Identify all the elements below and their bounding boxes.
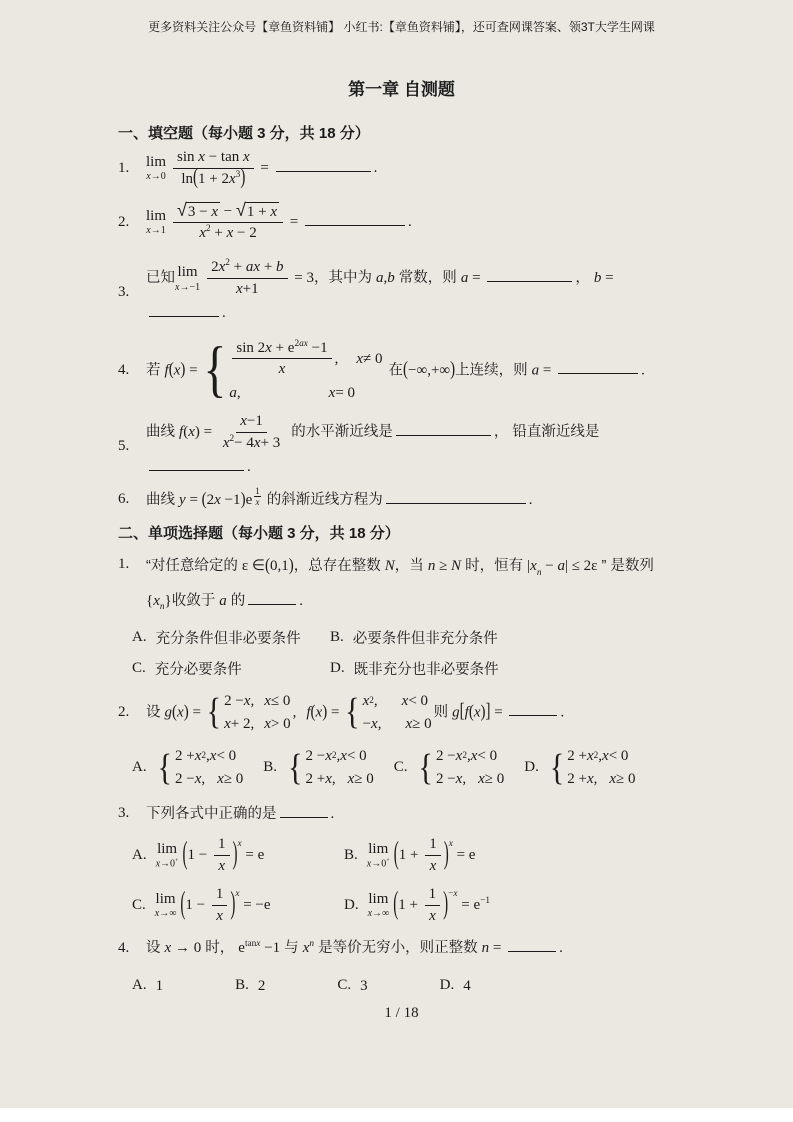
option: C.充分必要条件 — [132, 658, 330, 679]
question: 1.limx→0sin x − tan xln(1 + 2x3) = . — [118, 147, 685, 189]
question-body: 已知limx→−12x2 + ax + bx+1 = 3，其中为 a,b 常数，… — [146, 257, 685, 328]
question-number: 2. — [118, 214, 146, 231]
answer-blank — [149, 457, 244, 471]
question: 4.若 f(x) = {sin 2x + e2ax −1x,x ≠ 0a,x =… — [118, 338, 685, 403]
option: C.3 — [337, 977, 367, 995]
option-body: {2 + x2, x < 02 − x,x ≥ 0 — [156, 746, 246, 790]
option: B.{2 − x2, x < 02 + x,x ≥ 0 — [263, 746, 375, 790]
options-group: A.1B.2C.3D.4 — [132, 977, 685, 995]
answer-blank — [558, 360, 638, 374]
question-body: 设 g(x) = {2 − x,x ≤ 0x + 2,x > 0,f(x) = … — [146, 691, 685, 735]
question-number: 6. — [118, 491, 146, 508]
option-label: C. — [394, 759, 408, 776]
option: A.充分条件但非必要条件 — [132, 627, 330, 648]
option-body: {2 − x2, x < 02 − x,x ≥ 0 — [417, 746, 507, 790]
answer-blank — [248, 591, 296, 605]
option: D.既非充分也非必要条件 — [330, 658, 685, 679]
page-content: 更多资料关注公众号【章鱼资料铺】 小红书:【章鱼资料铺】，还可查网课答案、领3T… — [0, 0, 793, 1022]
section: 二、单项选择题（每小题 3 分，共 18 分）1.“对任意给定的 ε ∈(0,1… — [118, 522, 685, 994]
document-page: { "colors": { "page_bg": "#ebe8e2", "tex… — [0, 0, 793, 1122]
section-heading: 二、单项选择题（每小题 3 分，共 18 分） — [118, 522, 685, 543]
question: 4.设 x → 0 时， etanx −1 与 xn 是等价无穷小，则正整数 n… — [118, 934, 685, 963]
option-label: A. — [132, 847, 147, 864]
question-body: limx→0sin x − tan xln(1 + 2x3) = . — [146, 147, 685, 189]
option-body: 1 — [156, 977, 164, 995]
question-number: 1. — [118, 160, 146, 177]
option: D.4 — [440, 977, 471, 995]
question-number: 3. — [118, 284, 146, 301]
radical: √3 − x — [177, 201, 220, 222]
question-body: 下列各式中正确的是. — [146, 800, 685, 829]
option-body: 3 — [360, 977, 368, 995]
option-label: D. — [440, 977, 455, 994]
option-body: 2 — [258, 977, 266, 995]
question-number: 1. — [118, 549, 146, 573]
option-body: limx→∞(1 + 1x)−x = e−1 — [368, 884, 490, 926]
question-body: 曲线 y = (2x −1)e1x 的斜渐近线方程为. — [146, 486, 685, 515]
page-title: 第一章 自测题 — [118, 75, 685, 100]
option: D.{2 + x2, x < 02 + x,x ≥ 0 — [524, 746, 637, 790]
option-label: D. — [524, 759, 539, 776]
option-body: 充分必要条件 — [155, 658, 242, 679]
option: B.必要条件但非充分条件 — [330, 627, 685, 648]
question: 2.设 g(x) = {2 − x,x ≤ 0x + 2,x > 0,f(x) … — [118, 691, 685, 735]
option: B.limx→0+(1 + 1x)x = e — [344, 834, 685, 876]
answer-blank — [149, 303, 219, 317]
question: 3.下列各式中正确的是. — [118, 800, 685, 829]
option-body: 充分条件但非必要条件 — [156, 627, 301, 648]
option-body: 必要条件但非充分条件 — [353, 627, 498, 648]
question-body: 若 f(x) = {sin 2x + e2ax −1x,x ≠ 0a,x = 0… — [146, 338, 685, 403]
option-label: C. — [337, 977, 351, 994]
option-label: B. — [263, 759, 277, 776]
option-label: A. — [132, 629, 147, 646]
option: C.{2 − x2, x < 02 − x,x ≥ 0 — [394, 746, 506, 790]
answer-blank — [386, 490, 526, 504]
question: 5.曲线 f(x) = x−1x2− 4x+ 3 的水平渐近线是， 铅直渐近线是… — [118, 411, 685, 482]
question-number: 2. — [118, 704, 146, 721]
question: 6.曲线 y = (2x −1)e1x 的斜渐近线方程为. — [118, 486, 685, 515]
option-body: 4 — [463, 977, 471, 995]
option-label: B. — [235, 977, 249, 994]
section-heading: 一、填空题（每小题 3 分，共 18 分） — [118, 122, 685, 143]
question: 1.“对任意给定的 ε ∈(0,1)，总存在整数 N，当 n ≥ N 时，恒有 … — [118, 549, 685, 618]
options-group: A.充分条件但非必要条件B.必要条件但非充分条件C.充分必要条件D.既非充分也非… — [132, 627, 685, 679]
option-body: limx→0+(1 + 1x)x = e — [367, 834, 476, 876]
question-body: 曲线 f(x) = x−1x2− 4x+ 3 的水平渐近线是， 铅直渐近线是. — [146, 411, 685, 482]
question-body: “对任意给定的 ε ∈(0,1)，总存在整数 N，当 n ≥ N 时，恒有 |x… — [146, 549, 685, 618]
answer-blank — [508, 938, 556, 952]
option-label: D. — [330, 660, 345, 677]
option-label: B. — [344, 847, 358, 864]
option-label: B. — [330, 629, 344, 646]
option: C.limx→∞(1 − 1x)x = −e — [132, 884, 344, 926]
answer-blank — [276, 158, 371, 172]
answer-blank — [396, 422, 491, 436]
sections-container: 一、填空题（每小题 3 分，共 18 分）1.limx→0sin x − tan… — [118, 122, 685, 995]
question-body: limx→1√3 − x − √1 + xx2 + x − 2 = . — [146, 201, 685, 243]
page-bottom-strip — [0, 1108, 793, 1122]
option: A.limx→0+(1 − 1x)x = e — [132, 834, 344, 876]
page-number: 1 / 18 — [118, 1005, 685, 1022]
option-body: {2 + x2, x < 02 + x,x ≥ 0 — [548, 746, 638, 790]
option-label: C. — [132, 897, 146, 914]
option-label: C. — [132, 660, 146, 677]
answer-blank — [305, 212, 405, 226]
option-label: D. — [344, 897, 359, 914]
option-body: {2 − x2, x < 02 + x,x ≥ 0 — [286, 746, 376, 790]
option: D.limx→∞(1 + 1x)−x = e−1 — [344, 884, 685, 926]
option-label: A. — [132, 759, 147, 776]
option: A.1 — [132, 977, 163, 995]
options-group: A.{2 + x2, x < 02 − x,x ≥ 0B.{2 − x2, x … — [132, 746, 685, 790]
answer-blank — [487, 268, 572, 282]
question: 3.已知limx→−12x2 + ax + bx+1 = 3，其中为 a,b 常… — [118, 257, 685, 328]
option: B.2 — [235, 977, 265, 995]
option-body: limx→∞(1 − 1x)x = −e — [155, 884, 271, 926]
question-number: 4. — [118, 362, 146, 379]
question-number: 3. — [118, 805, 146, 822]
options-group: A.limx→0+(1 − 1x)x = eB.limx→0+(1 + 1x)x… — [132, 834, 685, 926]
radical: √1 + x — [236, 201, 279, 222]
option-body: 既非充分也非必要条件 — [354, 658, 499, 679]
question-body: 设 x → 0 时， etanx −1 与 xn 是等价无穷小，则正整数 n =… — [146, 934, 685, 963]
question: 2.limx→1√3 − x − √1 + xx2 + x − 2 = . — [118, 201, 685, 243]
question-number: 5. — [118, 438, 146, 455]
option-label: A. — [132, 977, 147, 994]
section: 一、填空题（每小题 3 分，共 18 分）1.limx→0sin x − tan… — [118, 122, 685, 514]
option: A.{2 + x2, x < 02 − x,x ≥ 0 — [132, 746, 245, 790]
promo-header-note: 更多资料关注公众号【章鱼资料铺】 小红书:【章鱼资料铺】，还可查网课答案、领3T… — [118, 18, 685, 35]
option-body: limx→0+(1 − 1x)x = e — [156, 834, 265, 876]
answer-blank — [280, 804, 328, 818]
question-number: 4. — [118, 940, 146, 957]
answer-blank — [509, 702, 557, 716]
